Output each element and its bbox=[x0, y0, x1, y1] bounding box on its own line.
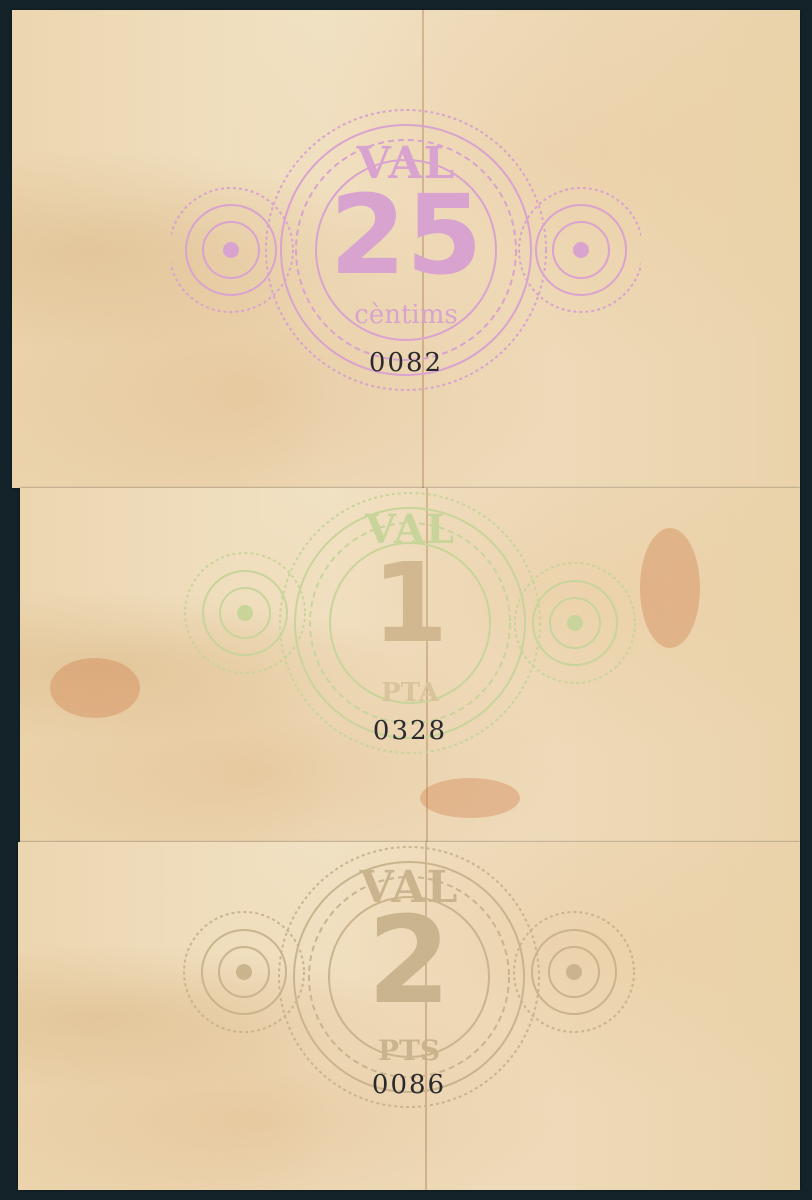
stain bbox=[50, 658, 140, 718]
banknote-1-peseta: VAL 1 PTA 0328 bbox=[20, 488, 800, 842]
note-value: 1 bbox=[372, 548, 449, 658]
serial-number: 0082 bbox=[369, 348, 443, 378]
serial-number: 0086 bbox=[372, 1070, 446, 1100]
note-value: 25 bbox=[329, 180, 482, 290]
stain bbox=[640, 528, 700, 648]
banknote-25-centims: VAL 25 cèntims 0082 bbox=[12, 10, 800, 488]
stain bbox=[420, 778, 520, 818]
note-unit: PTA bbox=[381, 678, 439, 708]
note-unit: cèntims bbox=[354, 300, 457, 330]
serial-number: 0328 bbox=[373, 716, 447, 746]
note-value: 2 bbox=[367, 902, 451, 1022]
note-unit: PTS bbox=[378, 1034, 440, 1067]
banknote-2-pesetas: VAL 2 PTS 0086 bbox=[18, 842, 800, 1190]
